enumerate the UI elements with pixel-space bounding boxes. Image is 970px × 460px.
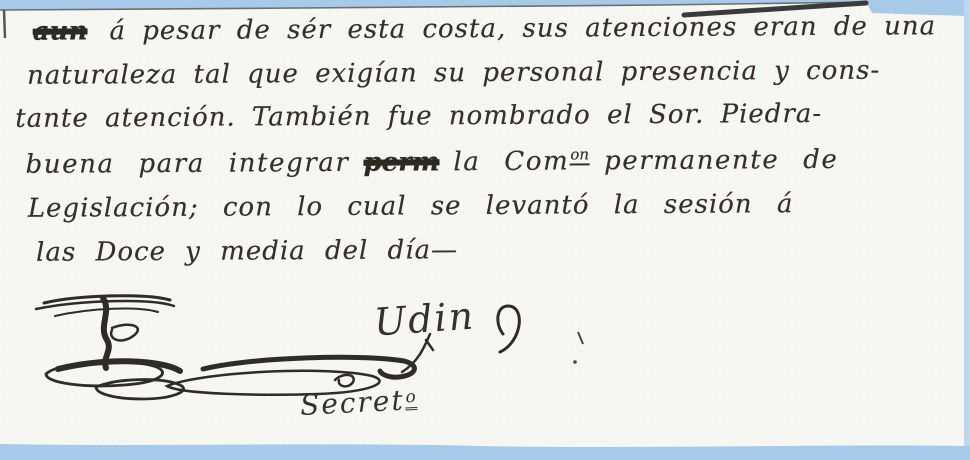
crossed-out-word: aun <box>33 16 88 46</box>
line-4-mid: la Com <box>453 146 569 177</box>
signature-name: Udin <box>373 294 477 345</box>
manuscript-line-2: naturaleza tal que exigían su personal p… <box>27 56 880 91</box>
line-2-text: naturaleza tal que exigían su personal p… <box>27 56 880 91</box>
manuscript-line-5: Legislación; con lo cual se levantó la s… <box>28 189 794 224</box>
manuscript-line-1: auná pesar de sér esta costa, sus atenci… <box>33 11 937 47</box>
manuscript-line-3: tante atención. También fue nombrado el … <box>15 99 822 134</box>
manuscript-line-4: buena para integrarpermla Comonpermanent… <box>25 144 838 180</box>
manuscript-line-6: las Doce y media del día— <box>36 235 458 268</box>
line-3-text: tante atención. También fue nombrado el … <box>15 99 822 134</box>
line-5-text: Legislación; con lo cual se levantó la s… <box>28 189 794 224</box>
signature-title: Secreto <box>299 383 417 422</box>
line-4-post: permanente de <box>604 145 839 176</box>
superscript-abbreviation: on <box>569 145 590 165</box>
signature-title-superscript: o <box>404 387 417 411</box>
line-1-text: á pesar de sér esta costa, sus atencione… <box>109 11 936 46</box>
crossed-out-word: perm <box>363 147 439 177</box>
manuscript-text: auná pesar de sér esta costa, sus atenci… <box>0 0 970 460</box>
scanned-manuscript-page: auná pesar de sér esta costa, sus atenci… <box>0 0 970 460</box>
line-4-pre: buena para integrar <box>26 148 350 180</box>
signature-title-text: Secret <box>299 384 405 422</box>
line-6-text: las Doce y media del día— <box>36 235 458 268</box>
